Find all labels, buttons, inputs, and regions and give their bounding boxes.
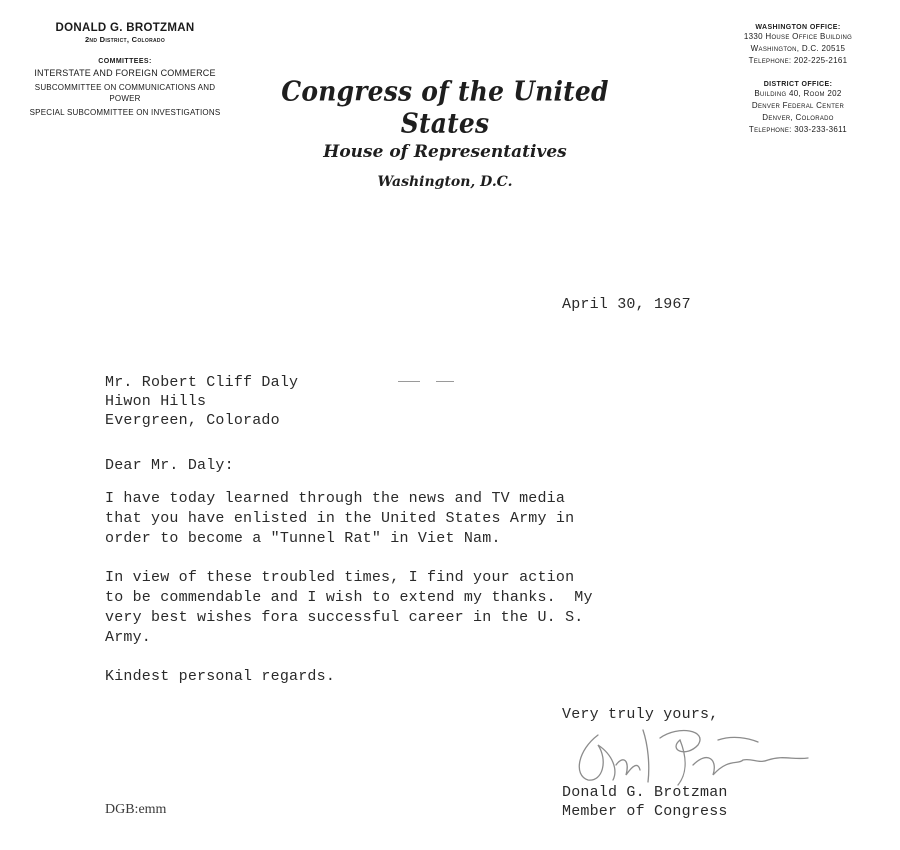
letterhead-title: Congress of the United States (245, 75, 645, 139)
committee-interstate: INTERSTATE AND FOREIGN COMMERCE (20, 68, 230, 79)
paragraph-3: Kindest personal regards. (105, 667, 335, 687)
paragraph-1: I have today learned through the news an… (105, 489, 574, 549)
recipient-street: Hiwon Hills (105, 392, 298, 411)
committee-investigations: SPECIAL SUBCOMMITTEE ON INVESTIGATIONS (20, 107, 230, 118)
letterhead-subtitle: House of Representatives (245, 142, 645, 162)
recipient-name: Mr. Robert Cliff Daly (105, 373, 298, 392)
district-office-phone: Telephone: 303-233-3611 (700, 124, 896, 136)
committees-label: COMMITTEES: (20, 58, 230, 65)
district-office-line: Denver, Colorado (700, 112, 896, 124)
recipient-address: Mr. Robert Cliff Daly Hiwon Hills Evergr… (105, 373, 298, 430)
washington-office-line: Washington, D.C. 20515 (700, 43, 896, 55)
district: 2nd District, Colorado (20, 35, 230, 44)
letterhead-left: DONALD G. BROTZMAN 2nd District, Colorad… (20, 22, 230, 118)
committee-communications: SUBCOMMITTEE ON COMMUNICATIONS AND POWER (20, 82, 230, 104)
paragraph-2: In view of these troubled times, I find … (105, 568, 593, 648)
washington-office-phone: Telephone: 202-225-2161 (700, 55, 896, 67)
handwritten-signature (568, 720, 818, 790)
signature-block: Donald G. Brotzman Member of Congress (562, 783, 728, 821)
letterhead-city: Washington, D.C. (245, 174, 645, 190)
district-office-line: Denver Federal Center (700, 100, 896, 112)
smudge-mark (436, 381, 454, 382)
washington-office-line: 1330 House Office Building (700, 31, 896, 43)
signer-title: Member of Congress (562, 802, 728, 821)
letterhead-center: Congress of the United States House of R… (245, 78, 645, 190)
congressman-name: DONALD G. BROTZMAN (20, 22, 230, 34)
letterhead-right: WASHINGTON OFFICE: 1330 House Office Bui… (700, 24, 896, 136)
signer-name: Donald G. Brotzman (562, 783, 728, 802)
reference-initials: DGB:emm (105, 802, 166, 818)
salutation: Dear Mr. Daly: (105, 457, 234, 474)
district-office-label: DISTRICT OFFICE: (700, 81, 896, 88)
recipient-city: Evergreen, Colorado (105, 411, 298, 430)
smudge-mark (398, 381, 420, 382)
washington-office-label: WASHINGTON OFFICE: (700, 24, 896, 31)
district-office-line: Building 40, Room 202 (700, 88, 896, 100)
letter-date: April 30, 1967 (562, 296, 691, 313)
